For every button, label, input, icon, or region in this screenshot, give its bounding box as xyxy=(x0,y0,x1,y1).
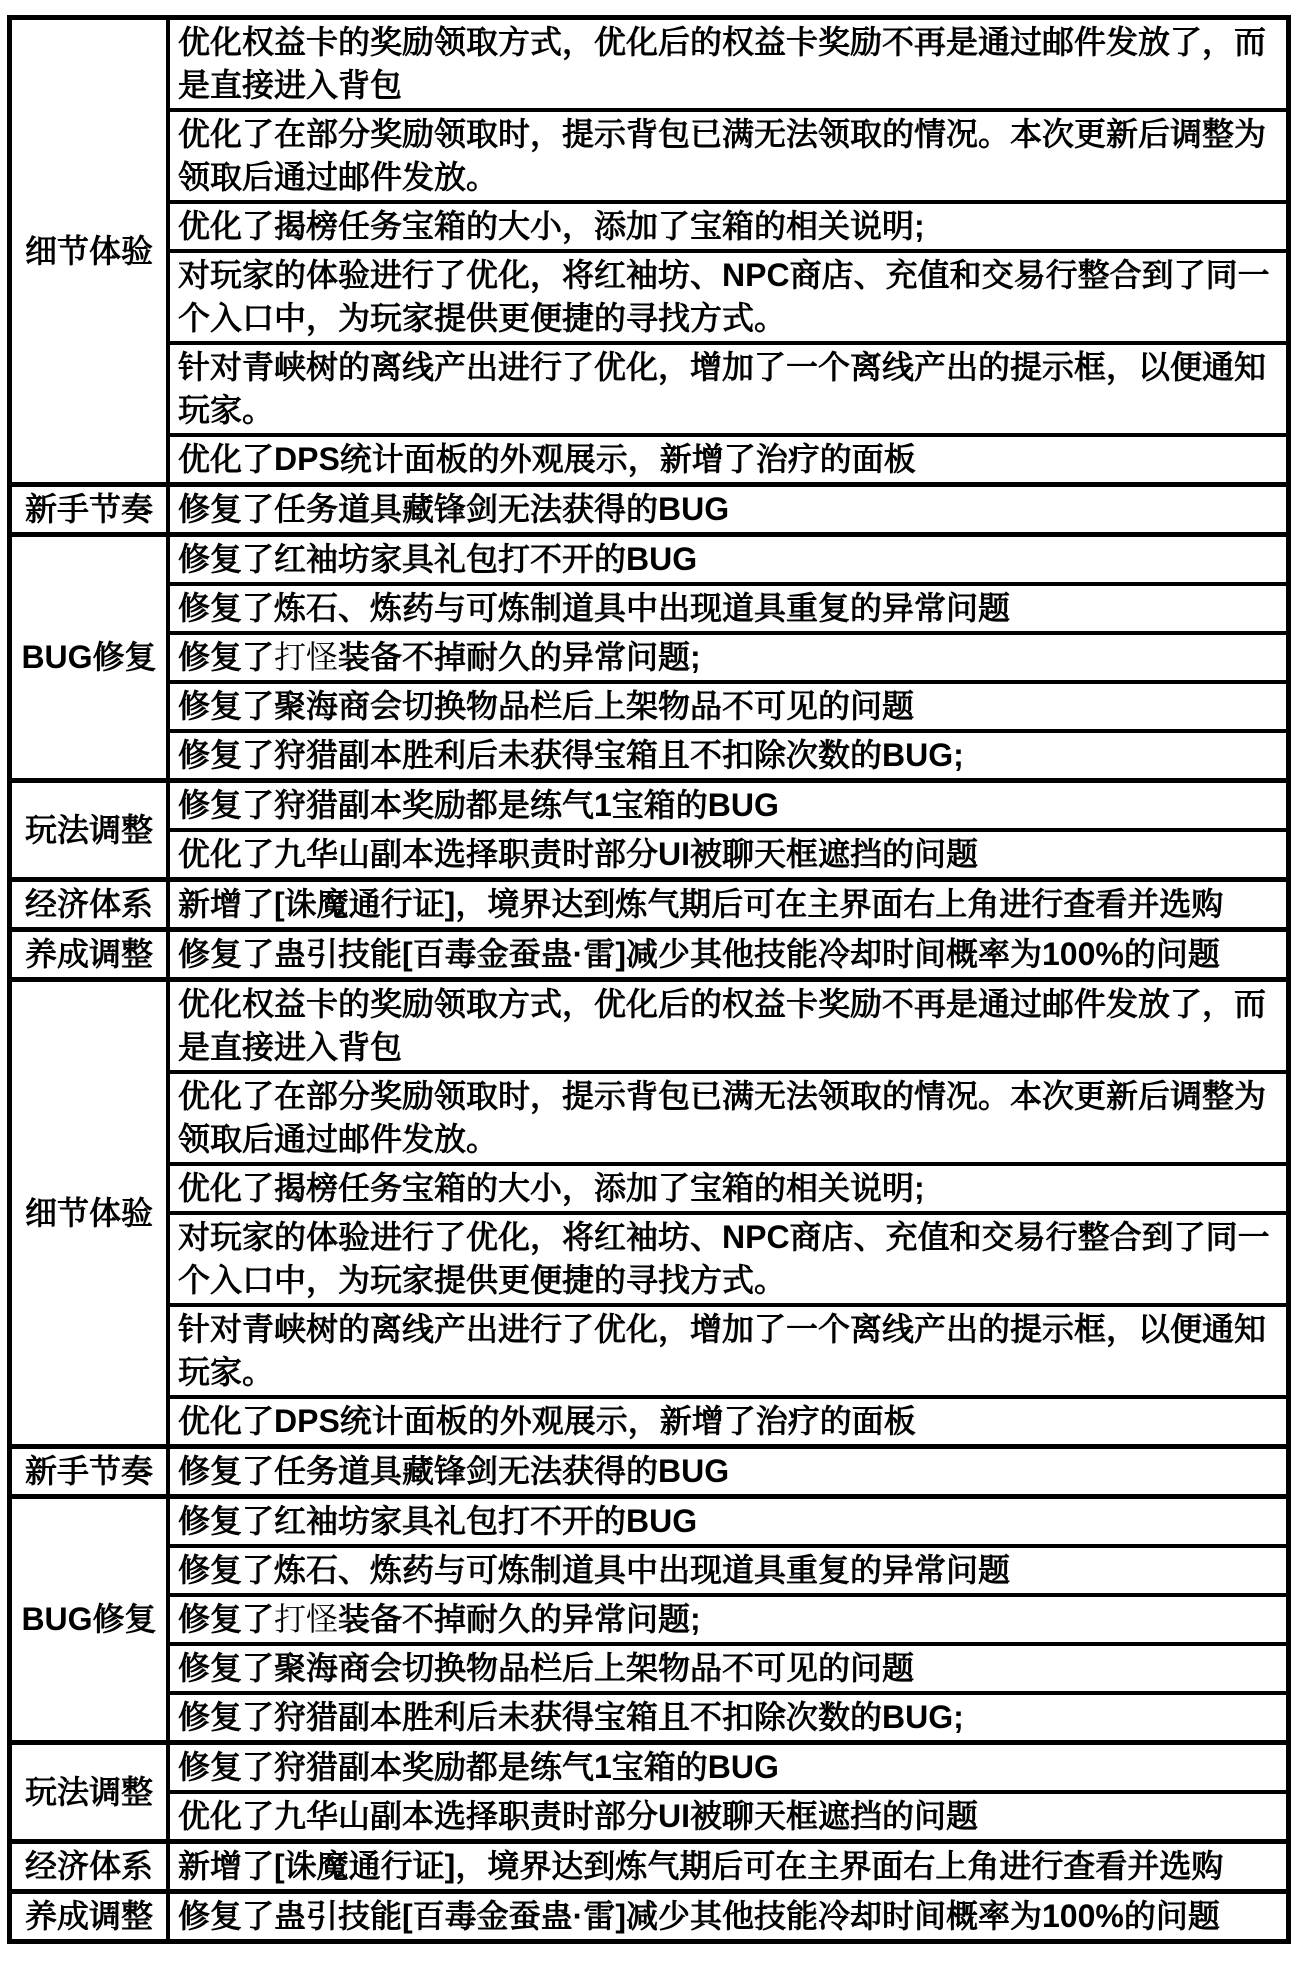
note-cell: 修复了红袖坊家具礼包打不开的BUG xyxy=(168,1497,1289,1547)
note-text: 优化了揭榜任务宝箱的大小，添加了宝箱的相关说明; xyxy=(178,1170,925,1206)
table-row: 优化了在部分奖励领取时，提示背包已满无法领取的情况。本次更新后调整为领取后通过邮… xyxy=(10,110,1289,202)
table-row: BUG修复修复了红袖坊家具礼包打不开的BUG xyxy=(10,1497,1289,1547)
note-text: 修复了蛊引技能[百毒金蚕蛊·雷]减少其他技能冷却时间概率为100%的问题 xyxy=(178,936,1220,972)
category-cell: 养成调整 xyxy=(10,930,169,980)
category-cell: 玩法调整 xyxy=(10,781,169,880)
note-text: 优化权益卡的奖励领取方式，优化后的权益卡奖励不再是通过邮件发放了，而是直接进入背… xyxy=(178,986,1266,1065)
category-cell: 新手节奏 xyxy=(10,485,169,535)
table-row: 玩法调整修复了狩猎副本奖励都是练气1宝箱的BUG xyxy=(10,781,1289,831)
note-cell: 对玩家的体验进行了优化，将红袖坊、NPC商店、充值和交易行整合到了同一个入口中，… xyxy=(168,251,1289,343)
note-cell: 修复了任务道具藏锋剑无法获得的BUG xyxy=(168,1447,1289,1497)
note-text: 装备不掉耐久的异常问题; xyxy=(338,639,701,675)
table-row: 针对青峡树的离线产出进行了优化，增加了一个离线产出的提示框，以便通知玩家。 xyxy=(10,1305,1289,1397)
note-text: 优化了九华山副本选择职责时部分UI被聊天框遮挡的问题 xyxy=(178,1798,978,1834)
table-row: 修复了聚海商会切换物品栏后上架物品不可见的问题 xyxy=(10,682,1289,731)
table-row: 经济体系新增了[诛魔通行证]，境界达到炼气期后可在主界面右上角进行查看并选购 xyxy=(10,880,1289,930)
page: 细节体验优化权益卡的奖励领取方式，优化后的权益卡奖励不再是通过邮件发放了，而是直… xyxy=(0,0,1304,1961)
note-cell: 修复了炼石、炼药与可炼制道具中出现道具重复的异常问题 xyxy=(168,1546,1289,1595)
table-row: 细节体验优化权益卡的奖励领取方式，优化后的权益卡奖励不再是通过邮件发放了，而是直… xyxy=(10,980,1289,1073)
table-row: 养成调整修复了蛊引技能[百毒金蚕蛊·雷]减少其他技能冷却时间概率为100%的问题 xyxy=(10,1892,1289,1942)
note-text: 修复了炼石、炼药与可炼制道具中出现道具重复的异常问题 xyxy=(178,590,1010,626)
note-text: 修复了狩猎副本奖励都是练气1宝箱的BUG xyxy=(178,1749,779,1785)
category-cell: 新手节奏 xyxy=(10,1447,169,1497)
note-text: 优化了DPS统计面板的外观展示，新增了治疗的面板 xyxy=(178,441,916,477)
note-text: 修复了狩猎副本胜利后未获得宝箱且不扣除次数的BUG; xyxy=(178,1699,964,1735)
note-text: 修复了聚海商会切换物品栏后上架物品不可见的问题 xyxy=(178,688,914,724)
note-text: 新增了[诛魔通行证]，境界达到炼气期后可在主界面右上角进行查看并选购 xyxy=(178,1848,1223,1884)
table-row: 修复了打怪装备不掉耐久的异常问题; xyxy=(10,633,1289,682)
table-row: 修复了炼石、炼药与可炼制道具中出现道具重复的异常问题 xyxy=(10,584,1289,633)
table-row: 修复了打怪装备不掉耐久的异常问题; xyxy=(10,1595,1289,1644)
category-cell: 玩法调整 xyxy=(10,1743,169,1842)
note-cell: 针对青峡树的离线产出进行了优化，增加了一个离线产出的提示框，以便通知玩家。 xyxy=(168,343,1289,435)
note-cell: 修复了打怪装备不掉耐久的异常问题; xyxy=(168,633,1289,682)
note-text: 对玩家的体验进行了优化，将红袖坊、NPC商店、充值和交易行整合到了同一个入口中，… xyxy=(178,257,1270,336)
table-row: 新手节奏修复了任务道具藏锋剑无法获得的BUG xyxy=(10,1447,1289,1497)
note-text: 优化权益卡的奖励领取方式，优化后的权益卡奖励不再是通过邮件发放了，而是直接进入背… xyxy=(178,24,1266,103)
note-cell: 优化了在部分奖励领取时，提示背包已满无法领取的情况。本次更新后调整为领取后通过邮… xyxy=(168,110,1289,202)
note-text: 修复了红袖坊家具礼包打不开的BUG xyxy=(178,1503,697,1539)
table-row: 优化了揭榜任务宝箱的大小，添加了宝箱的相关说明; xyxy=(10,1164,1289,1213)
note-cell: 优化了DPS统计面板的外观展示，新增了治疗的面板 xyxy=(168,435,1289,485)
category-cell: BUG修复 xyxy=(10,1497,169,1743)
note-text: 对玩家的体验进行了优化，将红袖坊、NPC商店、充值和交易行整合到了同一个入口中，… xyxy=(178,1219,1270,1298)
note-cell: 优化了揭榜任务宝箱的大小，添加了宝箱的相关说明; xyxy=(168,1164,1289,1213)
note-cell: 修复了狩猎副本奖励都是练气1宝箱的BUG xyxy=(168,1743,1289,1793)
note-cell: 修复了聚海商会切换物品栏后上架物品不可见的问题 xyxy=(168,1644,1289,1693)
table-row: 修复了聚海商会切换物品栏后上架物品不可见的问题 xyxy=(10,1644,1289,1693)
note-cell: 修复了蛊引技能[百毒金蚕蛊·雷]减少其他技能冷却时间概率为100%的问题 xyxy=(168,1892,1289,1942)
note-cell: 优化了揭榜任务宝箱的大小，添加了宝箱的相关说明; xyxy=(168,202,1289,251)
table-row: 优化了在部分奖励领取时，提示背包已满无法领取的情况。本次更新后调整为领取后通过邮… xyxy=(10,1072,1289,1164)
note-cell: 对玩家的体验进行了优化，将红袖坊、NPC商店、充值和交易行整合到了同一个入口中，… xyxy=(168,1213,1289,1305)
table-row: 对玩家的体验进行了优化，将红袖坊、NPC商店、充值和交易行整合到了同一个入口中，… xyxy=(10,1213,1289,1305)
note-text-light: 打怪 xyxy=(274,639,338,675)
table-row: 优化了DPS统计面板的外观展示，新增了治疗的面板 xyxy=(10,1397,1289,1447)
category-cell: 细节体验 xyxy=(10,980,169,1447)
table-row: 养成调整修复了蛊引技能[百毒金蚕蛊·雷]减少其他技能冷却时间概率为100%的问题 xyxy=(10,930,1289,980)
note-text: 装备不掉耐久的异常问题; xyxy=(338,1601,701,1637)
table-row: 细节体验优化权益卡的奖励领取方式，优化后的权益卡奖励不再是通过邮件发放了，而是直… xyxy=(10,18,1289,111)
note-cell: 修复了任务道具藏锋剑无法获得的BUG xyxy=(168,485,1289,535)
note-text: 修复了任务道具藏锋剑无法获得的BUG xyxy=(178,1453,729,1489)
note-text: 修复了红袖坊家具礼包打不开的BUG xyxy=(178,541,697,577)
note-text: 新增了[诛魔通行证]，境界达到炼气期后可在主界面右上角进行查看并选购 xyxy=(178,886,1223,922)
note-cell: 修复了狩猎副本胜利后未获得宝箱且不扣除次数的BUG; xyxy=(168,731,1289,781)
note-text: 修复了任务道具藏锋剑无法获得的BUG xyxy=(178,491,729,527)
table-row: BUG修复修复了红袖坊家具礼包打不开的BUG xyxy=(10,535,1289,585)
table-row: 优化了九华山副本选择职责时部分UI被聊天框遮挡的问题 xyxy=(10,1792,1289,1842)
note-cell: 修复了狩猎副本奖励都是练气1宝箱的BUG xyxy=(168,781,1289,831)
note-cell: 优化了在部分奖励领取时，提示背包已满无法领取的情况。本次更新后调整为领取后通过邮… xyxy=(168,1072,1289,1164)
table-row: 优化了DPS统计面板的外观展示，新增了治疗的面板 xyxy=(10,435,1289,485)
patch-notes-table-body: 细节体验优化权益卡的奖励领取方式，优化后的权益卡奖励不再是通过邮件发放了，而是直… xyxy=(10,18,1289,1942)
note-cell: 针对青峡树的离线产出进行了优化，增加了一个离线产出的提示框，以便通知玩家。 xyxy=(168,1305,1289,1397)
note-text: 优化了九华山副本选择职责时部分UI被聊天框遮挡的问题 xyxy=(178,836,978,872)
note-text: 修复了聚海商会切换物品栏后上架物品不可见的问题 xyxy=(178,1650,914,1686)
note-cell: 修复了炼石、炼药与可炼制道具中出现道具重复的异常问题 xyxy=(168,584,1289,633)
note-cell: 优化权益卡的奖励领取方式，优化后的权益卡奖励不再是通过邮件发放了，而是直接进入背… xyxy=(168,980,1289,1073)
category-cell: 经济体系 xyxy=(10,880,169,930)
patch-notes-table: 细节体验优化权益卡的奖励领取方式，优化后的权益卡奖励不再是通过邮件发放了，而是直… xyxy=(7,15,1291,1944)
category-cell: 经济体系 xyxy=(10,1842,169,1892)
note-cell: 优化了DPS统计面板的外观展示，新增了治疗的面板 xyxy=(168,1397,1289,1447)
note-text: 修复了炼石、炼药与可炼制道具中出现道具重复的异常问题 xyxy=(178,1552,1010,1588)
note-text: 修复了狩猎副本胜利后未获得宝箱且不扣除次数的BUG; xyxy=(178,737,964,773)
note-cell: 新增了[诛魔通行证]，境界达到炼气期后可在主界面右上角进行查看并选购 xyxy=(168,1842,1289,1892)
note-cell: 新增了[诛魔通行证]，境界达到炼气期后可在主界面右上角进行查看并选购 xyxy=(168,880,1289,930)
table-row: 修复了狩猎副本胜利后未获得宝箱且不扣除次数的BUG; xyxy=(10,1693,1289,1743)
table-row: 修复了狩猎副本胜利后未获得宝箱且不扣除次数的BUG; xyxy=(10,731,1289,781)
note-cell: 优化权益卡的奖励领取方式，优化后的权益卡奖励不再是通过邮件发放了，而是直接进入背… xyxy=(168,18,1289,111)
note-text: 修复了狩猎副本奖励都是练气1宝箱的BUG xyxy=(178,787,779,823)
note-cell: 修复了打怪装备不掉耐久的异常问题; xyxy=(168,1595,1289,1644)
category-cell: BUG修复 xyxy=(10,535,169,781)
note-text: 修复了 xyxy=(178,639,274,675)
note-text: 优化了在部分奖励领取时，提示背包已满无法领取的情况。本次更新后调整为领取后通过邮… xyxy=(178,1078,1266,1157)
table-row: 优化了九华山副本选择职责时部分UI被聊天框遮挡的问题 xyxy=(10,830,1289,880)
note-text: 修复了蛊引技能[百毒金蚕蛊·雷]减少其他技能冷却时间概率为100%的问题 xyxy=(178,1898,1220,1934)
note-cell: 修复了红袖坊家具礼包打不开的BUG xyxy=(168,535,1289,585)
note-text: 修复了 xyxy=(178,1601,274,1637)
note-text: 优化了揭榜任务宝箱的大小，添加了宝箱的相关说明; xyxy=(178,208,925,244)
category-cell: 细节体验 xyxy=(10,18,169,485)
note-cell: 修复了狩猎副本胜利后未获得宝箱且不扣除次数的BUG; xyxy=(168,1693,1289,1743)
note-cell: 修复了聚海商会切换物品栏后上架物品不可见的问题 xyxy=(168,682,1289,731)
note-cell: 优化了九华山副本选择职责时部分UI被聊天框遮挡的问题 xyxy=(168,1792,1289,1842)
note-text: 针对青峡树的离线产出进行了优化，增加了一个离线产出的提示框，以便通知玩家。 xyxy=(178,349,1266,428)
table-row: 对玩家的体验进行了优化，将红袖坊、NPC商店、充值和交易行整合到了同一个入口中，… xyxy=(10,251,1289,343)
category-cell: 养成调整 xyxy=(10,1892,169,1942)
note-cell: 优化了九华山副本选择职责时部分UI被聊天框遮挡的问题 xyxy=(168,830,1289,880)
note-text: 针对青峡树的离线产出进行了优化，增加了一个离线产出的提示框，以便通知玩家。 xyxy=(178,1311,1266,1390)
note-text: 优化了在部分奖励领取时，提示背包已满无法领取的情况。本次更新后调整为领取后通过邮… xyxy=(178,116,1266,195)
note-cell: 修复了蛊引技能[百毒金蚕蛊·雷]减少其他技能冷却时间概率为100%的问题 xyxy=(168,930,1289,980)
note-text: 优化了DPS统计面板的外观展示，新增了治疗的面板 xyxy=(178,1403,916,1439)
table-row: 针对青峡树的离线产出进行了优化，增加了一个离线产出的提示框，以便通知玩家。 xyxy=(10,343,1289,435)
table-row: 经济体系新增了[诛魔通行证]，境界达到炼气期后可在主界面右上角进行查看并选购 xyxy=(10,1842,1289,1892)
note-text-light: 打怪 xyxy=(274,1601,338,1637)
table-row: 修复了炼石、炼药与可炼制道具中出现道具重复的异常问题 xyxy=(10,1546,1289,1595)
table-row: 优化了揭榜任务宝箱的大小，添加了宝箱的相关说明; xyxy=(10,202,1289,251)
table-row: 玩法调整修复了狩猎副本奖励都是练气1宝箱的BUG xyxy=(10,1743,1289,1793)
table-row: 新手节奏修复了任务道具藏锋剑无法获得的BUG xyxy=(10,485,1289,535)
